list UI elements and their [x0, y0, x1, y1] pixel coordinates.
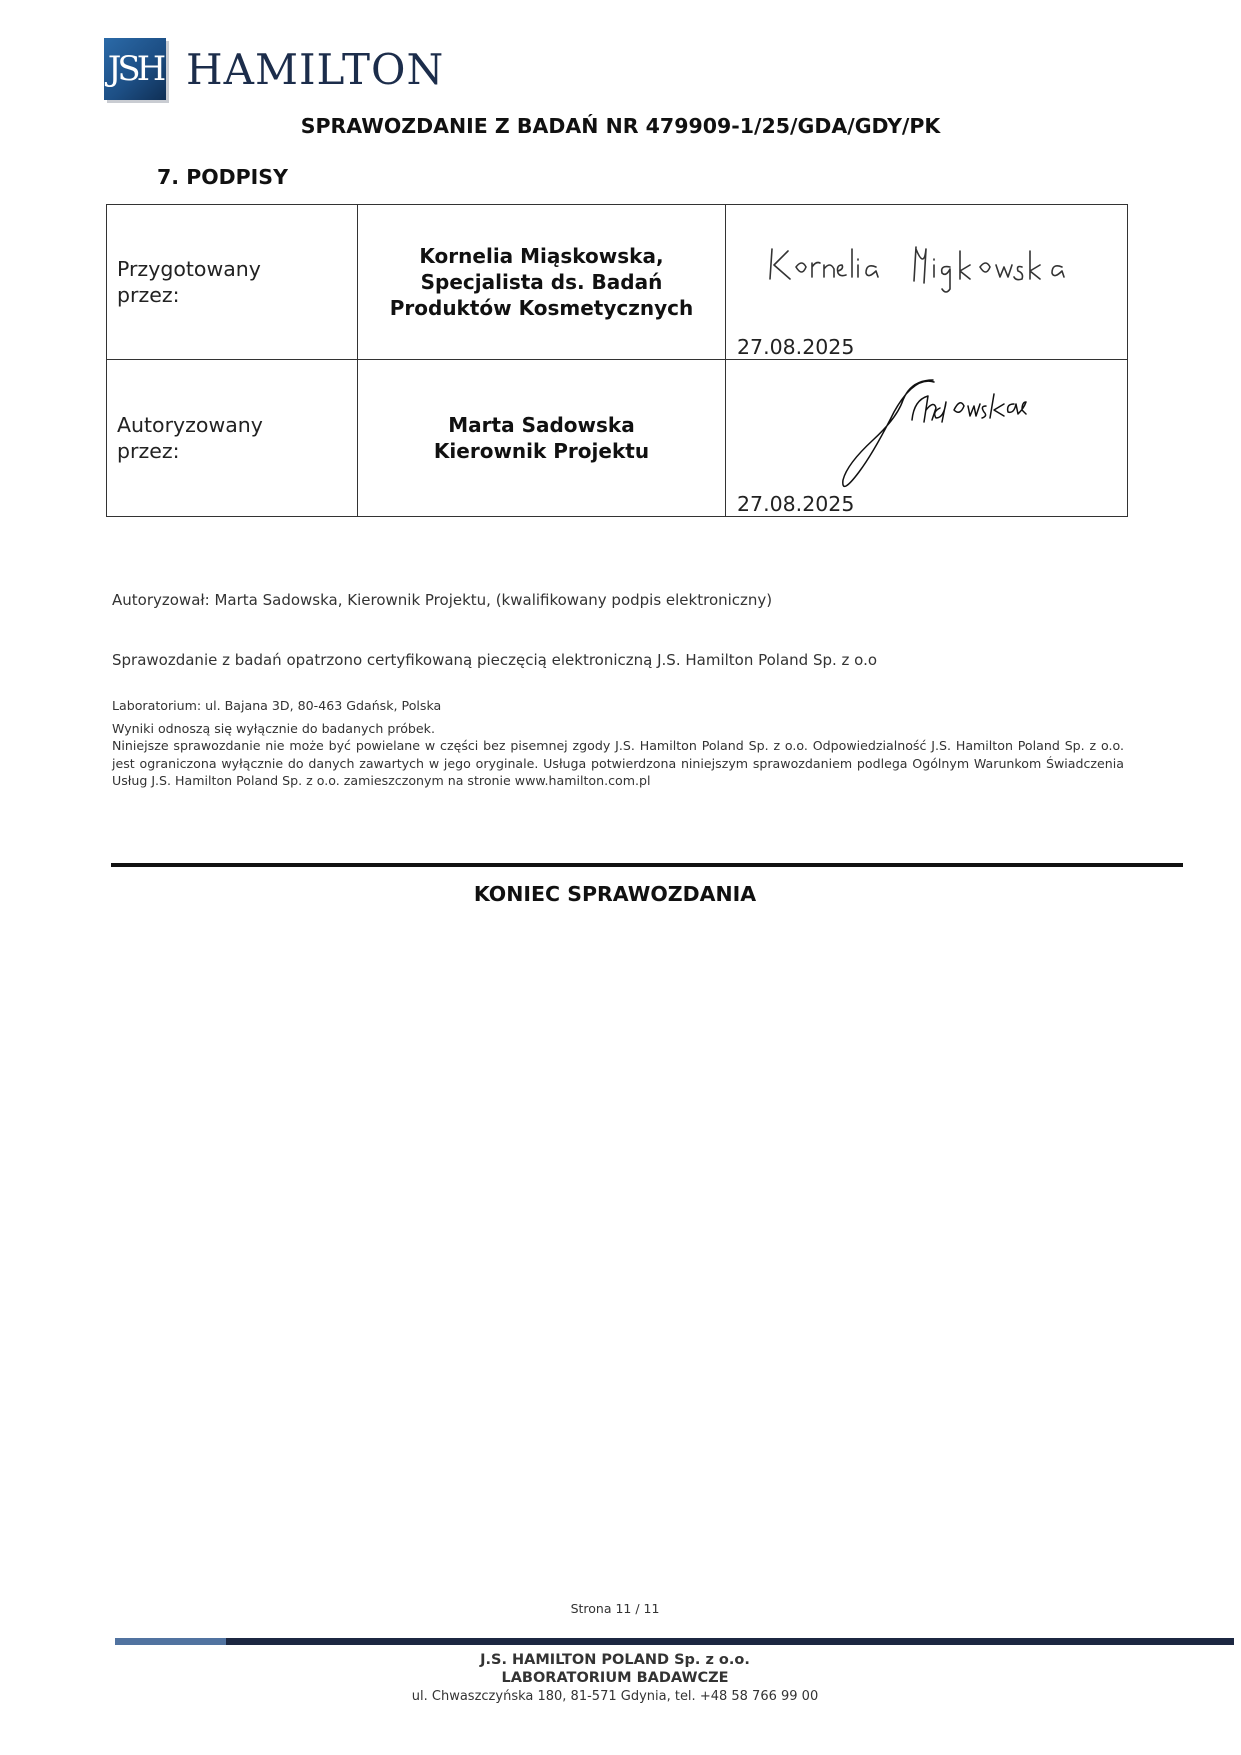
role-label-cell: Autoryzowany przez:: [107, 360, 358, 517]
laboratory-address: Laboratorium: ul. Bajana 3D, 80-463 Gdań…: [112, 697, 441, 715]
logo-monogram: JSH: [104, 38, 166, 100]
person-cell: Kornelia Miąskowska, Specjalista ds. Bad…: [358, 205, 726, 360]
footer-company: J.S. HAMILTON POLAND Sp. z o.o.: [0, 1652, 1230, 1668]
signature-date: 27.08.2025: [737, 335, 854, 359]
table-row: Autoryzowany przez: Marta Sadowska Kiero…: [107, 360, 1128, 517]
signature-cell: 27.08.2025: [726, 205, 1128, 360]
end-of-report-title: KONIEC SPRAWOZDANIA: [0, 882, 1230, 906]
role-label: Przygotowany przez:: [117, 256, 317, 308]
footer-bar-accent: [115, 1638, 226, 1645]
person-name: Marta Sadowska: [358, 412, 725, 438]
footer-bar: [226, 1638, 1234, 1645]
role-label-cell: Przygotowany przez:: [107, 205, 358, 360]
person-title: Produktów Kosmetycznych: [358, 295, 725, 321]
person-name: Kornelia Miąskowska,: [358, 243, 725, 269]
signature-cell: 27.08.2025: [726, 360, 1128, 517]
role-label: Autoryzowany przez:: [117, 412, 317, 464]
signatures-table: Przygotowany przez: Kornelia Miąskowska,…: [106, 204, 1128, 517]
table-row: Przygotowany przez: Kornelia Miąskowska,…: [107, 205, 1128, 360]
section-title: 7. PODPISY: [157, 165, 288, 189]
page-number: Strona 11 / 11: [0, 1601, 1230, 1616]
signature-date: 27.08.2025: [737, 492, 854, 516]
person-title: Kierownik Projektu: [358, 438, 725, 464]
logo-wordmark: HAMILTON: [186, 40, 444, 100]
disclaimer-text: Niniejsze sprawozdanie nie może być powi…: [112, 737, 1124, 790]
person-title: Specjalista ds. Badań: [358, 269, 725, 295]
seal-note: Sprawozdanie z badań opatrzono certyfiko…: [112, 651, 877, 669]
authorization-note: Autoryzował: Marta Sadowska, Kierownik P…: [112, 591, 772, 609]
results-scope-note: Wyniki odnoszą się wyłącznie do badanych…: [112, 720, 435, 738]
report-title: SPRAWOZDANIE Z BADAŃ NR 479909-1/25/GDA/…: [0, 114, 1241, 138]
handwritten-signature-icon: [806, 370, 1066, 495]
handwritten-signature-icon: [766, 235, 1086, 305]
section-divider: [111, 863, 1183, 867]
person-cell: Marta Sadowska Kierownik Projektu: [358, 360, 726, 517]
footer-address: ul. Chwaszczyńska 180, 81-571 Gdynia, te…: [0, 1689, 1230, 1704]
footer-department: LABORATORIUM BADAWCZE: [0, 1670, 1230, 1686]
